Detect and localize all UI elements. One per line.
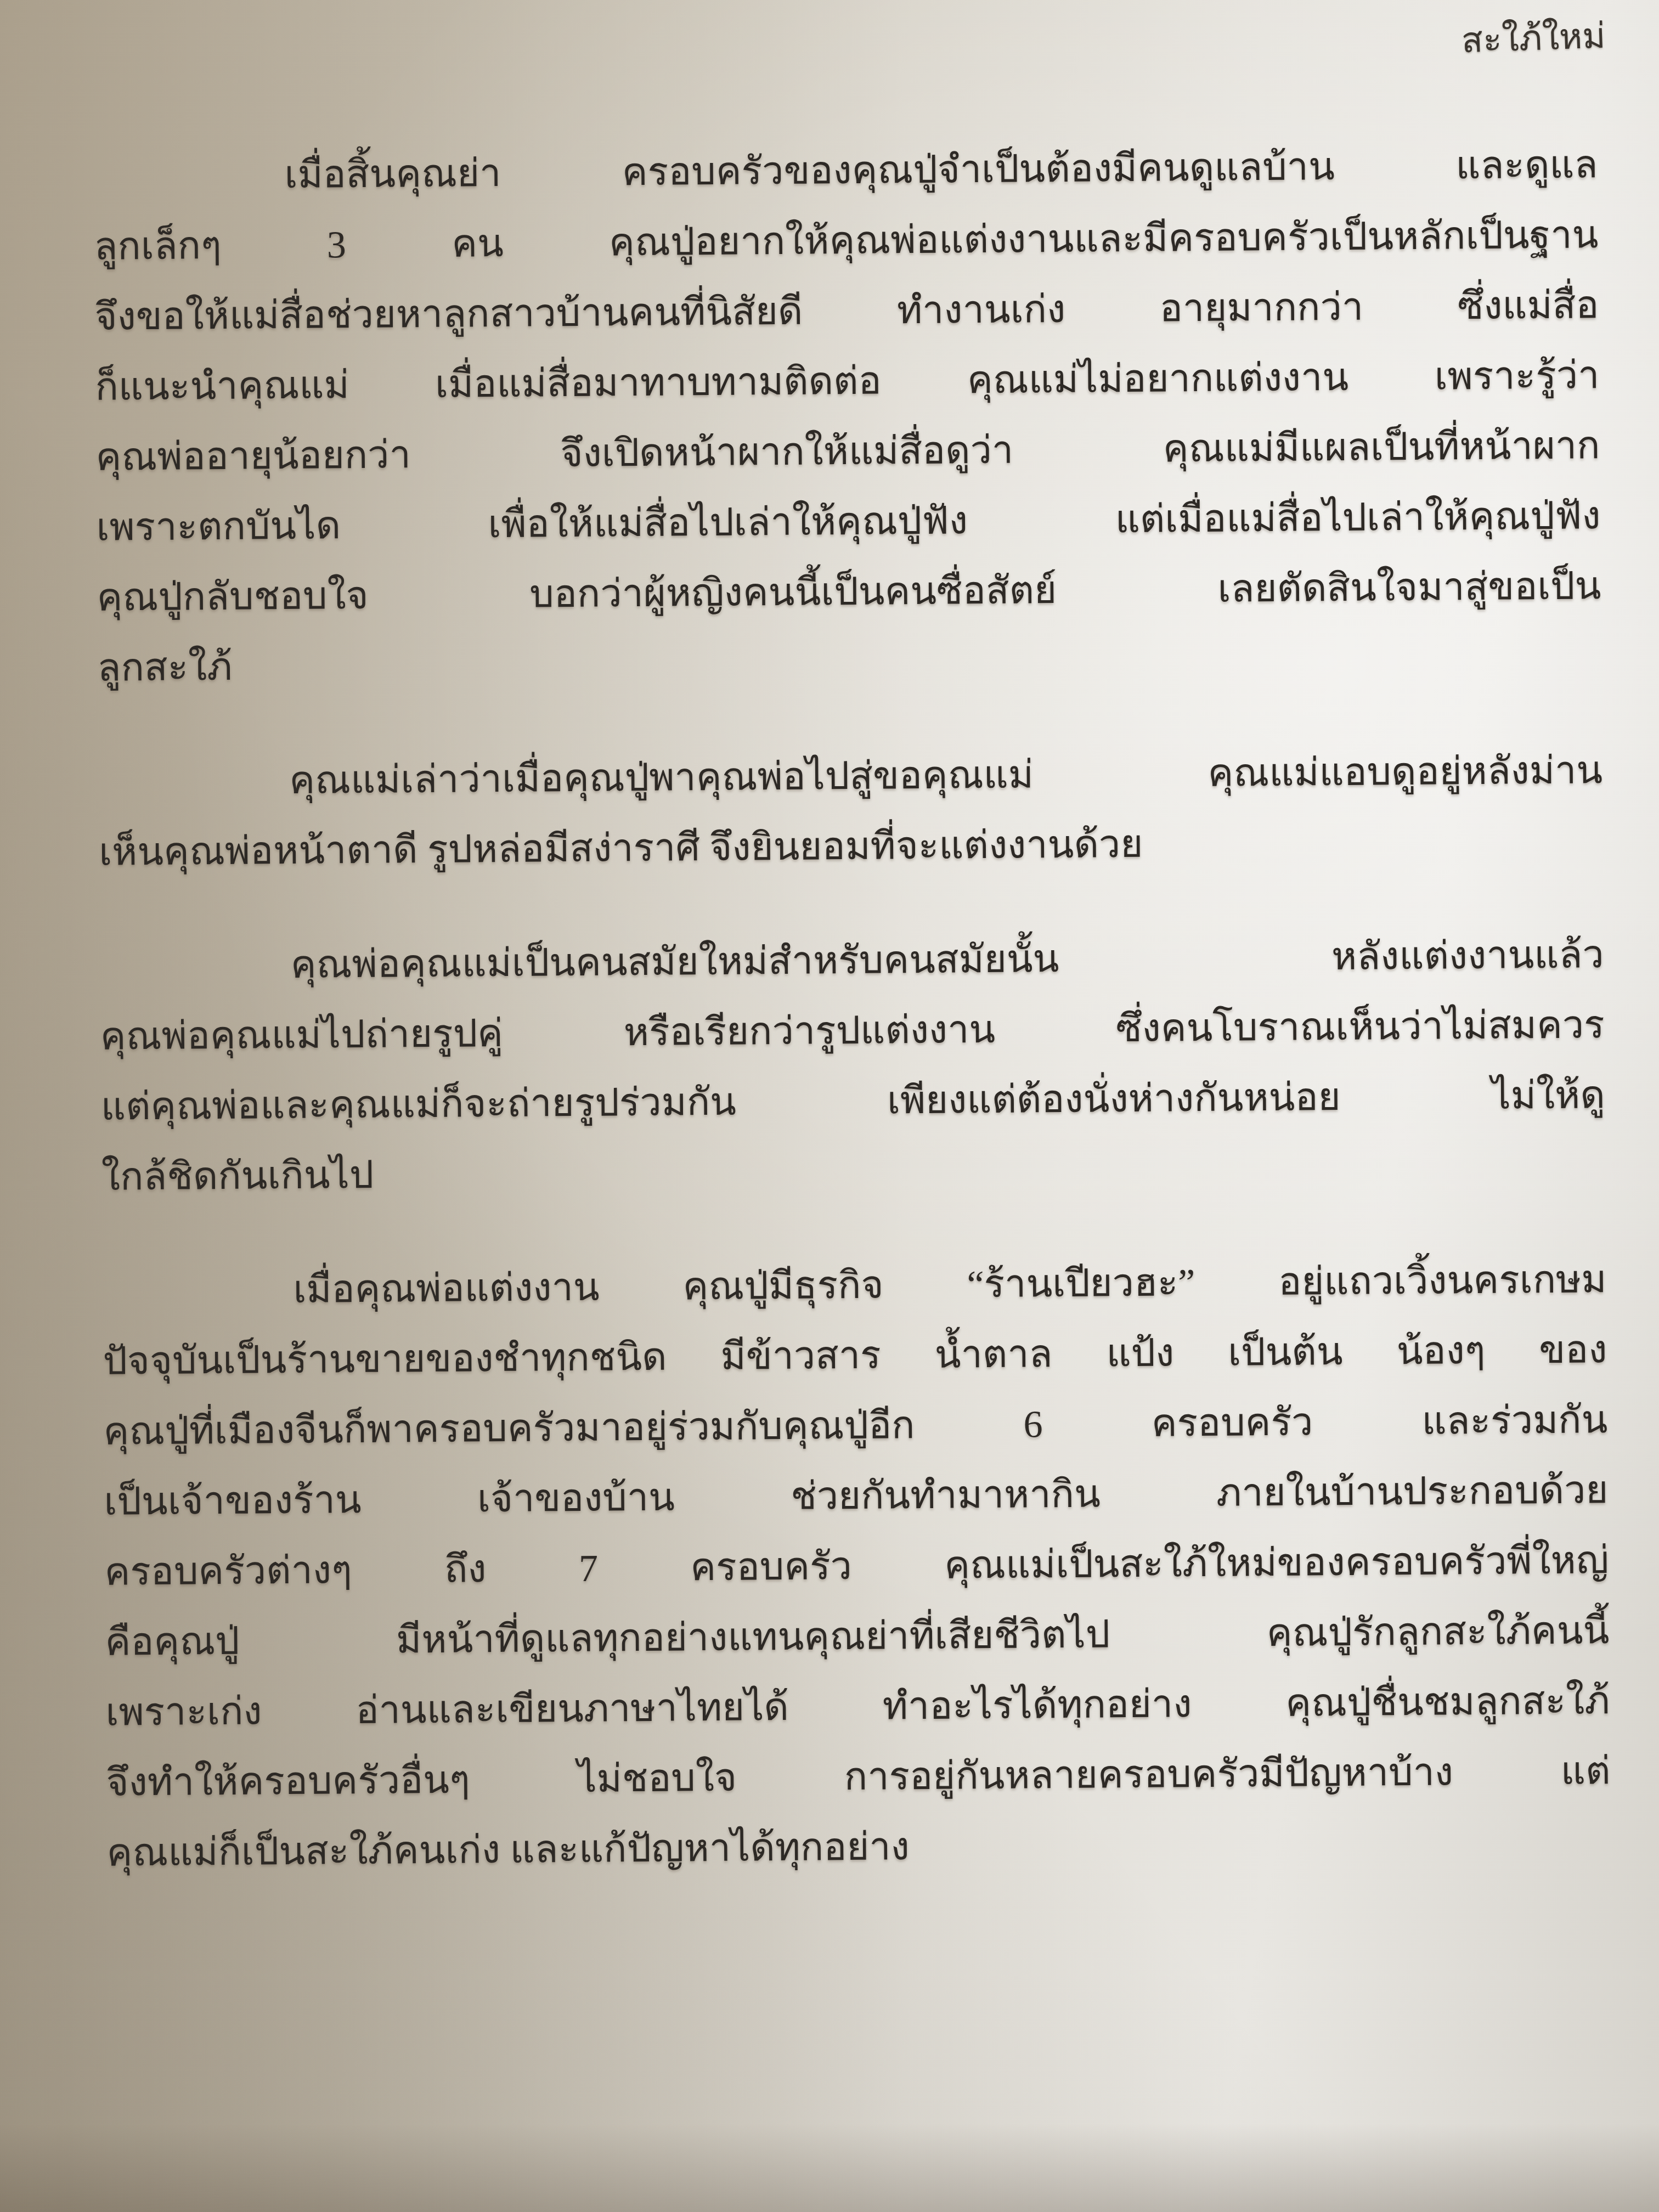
text-line: เพราะเก่ง อ่านและเขียนภาษาไทยได้ ทำอะไรไ… [105,1666,1610,1748]
text-line: คุณพ่อคุณแม่เป็นคนสมัยใหม่สำหรับคนสมัยนั… [99,920,1604,1002]
text-line: จึงขอให้แม่สื่อช่วยหาลูกสาวบ้านคนที่นิสั… [94,270,1599,353]
text-line: เพราะตกบันได เพื่อให้แม่สื่อไปเล่าให้คุณ… [96,481,1601,563]
paragraph-1: เมื่อสิ้นคุณย่า ครอบครัวของคุณปู่จำเป็นต… [93,130,1602,704]
text-line: ลูกสะใภ้ [97,622,1602,704]
text-line: ก็แนะนำคุณแม่ เมื่อแม่สื่อมาทาบทามติดต่อ… [95,341,1600,423]
paragraph-3: คุณพ่อคุณแม่เป็นคนสมัยใหม่สำหรับคนสมัยนั… [99,920,1606,1213]
body-text: เมื่อสิ้นคุณย่า ครอบครัวของคุณปู่จำเป็นต… [93,130,1611,1888]
text-line: คุณแม่เล่าว่าเมื่อคุณปู่พาคุณพ่อไปสู่ขอค… [98,736,1603,818]
text-line: ใกล้ชิดกันเกินไป [101,1131,1606,1213]
text-line: เมื่อคุณพ่อแต่งงาน คุณปู่มีธุรกิจ “ร้านเ… [102,1245,1607,1327]
text-line: คุณพ่ออายุน้อยกว่า จึงเปิดหน้าผากให้แม่ส… [95,411,1600,493]
text-line: คุณปู่ที่เมืองจีนก็พาครอบครัวมาอยู่ร่วมก… [103,1385,1608,1468]
text-line: ลูกเล็กๆ 3 คน คุณปู่อยากให้คุณพ่อแต่งงาน… [94,200,1599,283]
text-line: แต่คุณพ่อและคุณแม่ก็จะถ่ายรูปร่วมกัน เพี… [100,1060,1605,1143]
text-line: เห็นคุณพ่อหน้าตาดี รูปหล่อมีสง่าราศี จึง… [99,806,1604,888]
paragraph-4: เมื่อคุณพ่อแต่งงาน คุณปู่มีธุรกิจ “ร้านเ… [102,1245,1611,1888]
text-line: เป็นเจ้าของร้าน เจ้าของบ้าน ช่วยกันทำมาห… [104,1455,1609,1538]
text-line: จึงทำให้ครอบครัวอื่นๆ ไม่ชอบใจ การอยู่กั… [106,1736,1611,1819]
text-line: เมื่อสิ้นคุณย่า ครอบครัวของคุณปู่จำเป็นต… [93,130,1598,212]
page-header-title: สะใภ้ใหม่ [1460,7,1606,68]
text-line: คุณพ่อคุณแม่ไปถ่ายรูปคู่ หรือเรียกว่ารูป… [100,990,1605,1073]
text-line: คือคุณปู่ มีหน้าที่ดูแลทุกอย่างแทนคุณย่า… [105,1596,1610,1678]
text-line: ครอบครัวต่างๆ ถึง 7 ครอบครัว คุณแม่เป็นส… [104,1526,1609,1608]
document-photo-page: สะใภ้ใหม่ เมื่อสิ้นคุณย่า ครอบครัวของคุณ… [0,0,1659,2212]
paragraph-2: คุณแม่เล่าว่าเมื่อคุณปู่พาคุณพ่อไปสู่ขอค… [98,736,1604,888]
text-line: คุณปู่กลับชอบใจ บอกว่าผู้หญิงคนนี้เป็นคน… [97,551,1601,634]
text-line: ปัจจุบันเป็นร้านขายของชำทุกชนิด มีข้าวสา… [103,1315,1607,1397]
text-line: คุณแม่ก็เป็นสะใภ้คนเก่ง และแก้ปัญหาได้ทุ… [106,1807,1611,1889]
